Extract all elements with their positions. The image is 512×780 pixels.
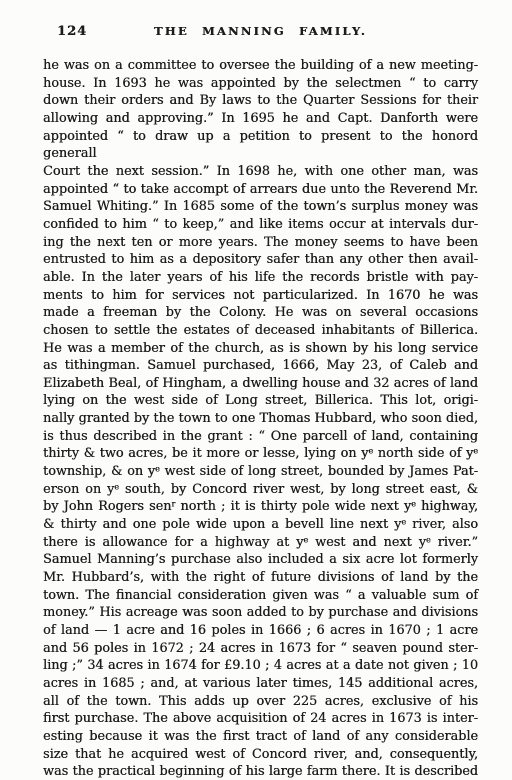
body-text-line: there is allowance for a highway at ye w… — [43, 534, 478, 552]
body-text-line: and 56 poles in 1672 ; 24 acres in 1673 … — [43, 640, 478, 658]
body-text-line: is thus described in the grant : “ One p… — [43, 428, 478, 446]
body-text-line: ing the next ten or more years. The mone… — [43, 234, 478, 252]
body-text-line: he was on a committee to oversee the bui… — [43, 57, 478, 75]
body-text-line: erson on ye south, by Concord river west… — [43, 481, 478, 499]
body-text-line: chosen to settle the estates of deceased… — [43, 322, 478, 340]
body-text-line: was the practical beginning of his large… — [43, 763, 478, 780]
body-text-line: & thirty and one pole wide upon a bevell… — [43, 516, 478, 534]
body-text-line: acres in 1685 ; and, at various later ti… — [43, 675, 478, 693]
body-text-line: esting because it was the first tract of… — [43, 728, 478, 746]
body-text-line: entrusted to him as a depository safer t… — [43, 251, 478, 269]
body-text-line: confided to him “ to keep,” and like ite… — [43, 216, 478, 234]
body-text-line: thirty & two acres, be it more or lesse,… — [43, 445, 478, 463]
body-text: he was on a committee to oversee the bui… — [43, 57, 478, 780]
body-text-line: Samuel Manning’s purchase also included … — [43, 551, 478, 569]
body-text-line: nally granted by the town to one Thomas … — [43, 410, 478, 428]
body-text-line: ling ;” 34 acres in 1674 for £9.10 ; 4 a… — [43, 657, 478, 675]
body-text-line: Court the next session.” In 1698 he, wit… — [43, 163, 478, 181]
body-text-line: Samuel Whiting.” In 1685 some of the tow… — [43, 198, 478, 216]
book-page: 124 THE MANNING FAMILY. he was on a comm… — [0, 0, 512, 780]
body-text-line: money.” His acreage was soon added to by… — [43, 604, 478, 622]
running-head: THE MANNING FAMILY. — [43, 24, 478, 38]
body-text-line: first purchase. The above acquisition of… — [43, 710, 478, 728]
body-text-line: house. In 1693 he was appointed by the s… — [43, 75, 478, 93]
body-text-line: lying on the west side of Long street, B… — [43, 392, 478, 410]
body-text-line: appointed “ to take accompt of arrears d… — [43, 181, 478, 199]
body-text-line: size that he acquired west of Concord ri… — [43, 746, 478, 764]
body-text-line: ments to him for services not particular… — [43, 287, 478, 305]
page-header: 124 THE MANNING FAMILY. — [43, 24, 478, 42]
body-text-line: allowing and approving.” In 1695 he and … — [43, 110, 478, 128]
body-text-line: of land — 1 acre and 16 poles in 1666 ; … — [43, 622, 478, 640]
body-text-line: Mr. Hubbard’s, with the right of future … — [43, 569, 478, 587]
body-text-line: able. In the later years of his life the… — [43, 269, 478, 287]
body-text-line: township, & on ye west side of long stre… — [43, 463, 478, 481]
body-text-line: all of the town. This adds up over 225 a… — [43, 693, 478, 711]
body-text-line: appointed “ to draw up a petition to pre… — [43, 128, 478, 163]
page-number: 124 — [57, 24, 87, 39]
body-text-line: down their orders and By laws to the Qua… — [43, 92, 478, 110]
body-text-line: He was a member of the church, as is sho… — [43, 340, 478, 358]
body-text-line: by John Rogers senr north ; it is thirty… — [43, 498, 478, 516]
body-text-line: as tithingman. Samuel purchased, 1666, M… — [43, 357, 478, 375]
body-text-line: made a freeman by the Colony. He was on … — [43, 304, 478, 322]
body-text-line: Elizabeth Beal, of Hingham, a dwelling h… — [43, 375, 478, 393]
body-text-line: town. The financial consideration given … — [43, 587, 478, 605]
